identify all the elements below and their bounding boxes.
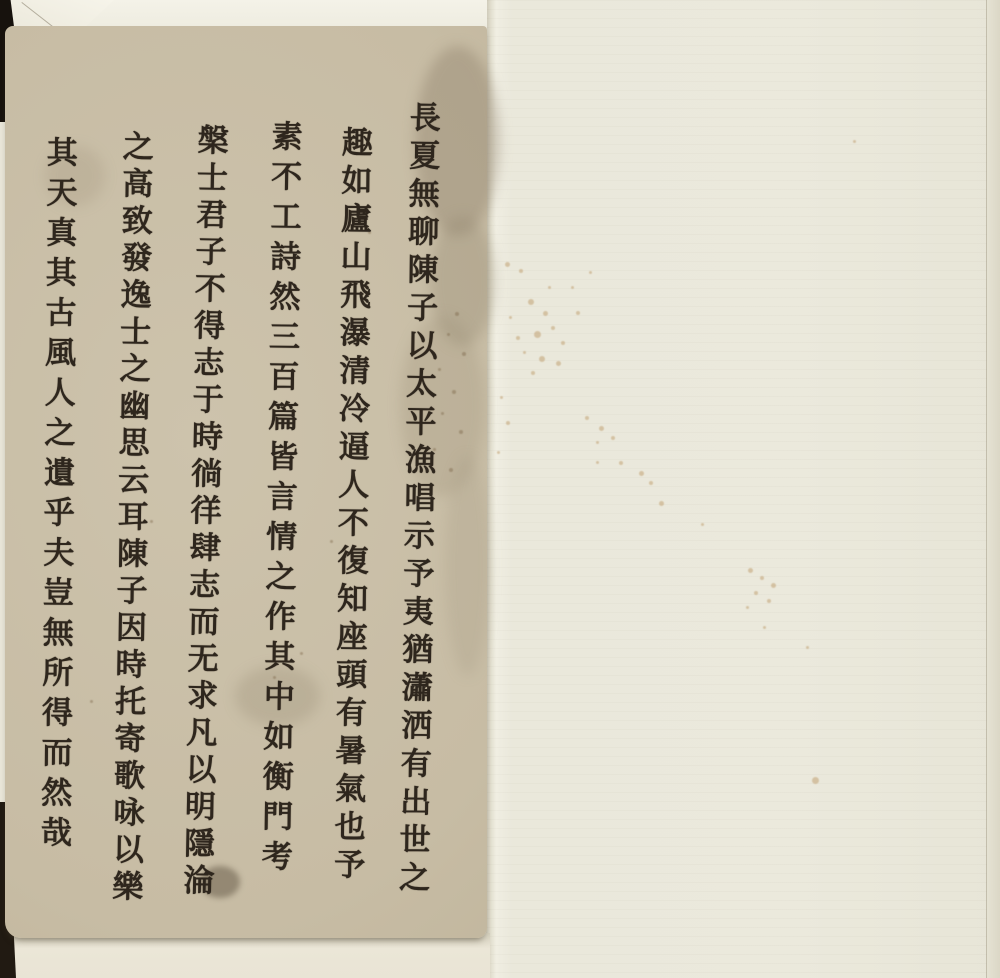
text-column-4: 槃士君子不得志于時徜徉肆志而无求凡以明隱淪 xyxy=(173,124,233,902)
text-column-6: 其天真其古風人之遺乎夫豈無所得而然哉 xyxy=(31,136,82,856)
text-column-1: 長夏無聊陳子以太平漁唱示予夷猶瀟洒有出世之 xyxy=(389,101,445,900)
open-album-photo: 長夏無聊陳子以太平漁唱示予夷猶瀟洒有出世之 趣如廬山飛瀑清冷逼人不復知座頭有暑氣… xyxy=(0,0,1000,978)
text-column-2: 趣如廬山飛瀑清冷逼人不復知座頭有暑氣也予 xyxy=(324,126,377,886)
text-column-5: 之高致發逸士之幽思云耳陳子因時托寄歌咏以樂 xyxy=(102,130,158,908)
calligraphy-text: 長夏無聊陳子以太平漁唱示予夷猶瀟洒有出世之 趣如廬山飛瀑清冷逼人不復知座頭有暑氣… xyxy=(0,0,1000,978)
text-column-3: 素不工詩然三百篇皆言情之作其中如衡門考 xyxy=(251,120,307,881)
